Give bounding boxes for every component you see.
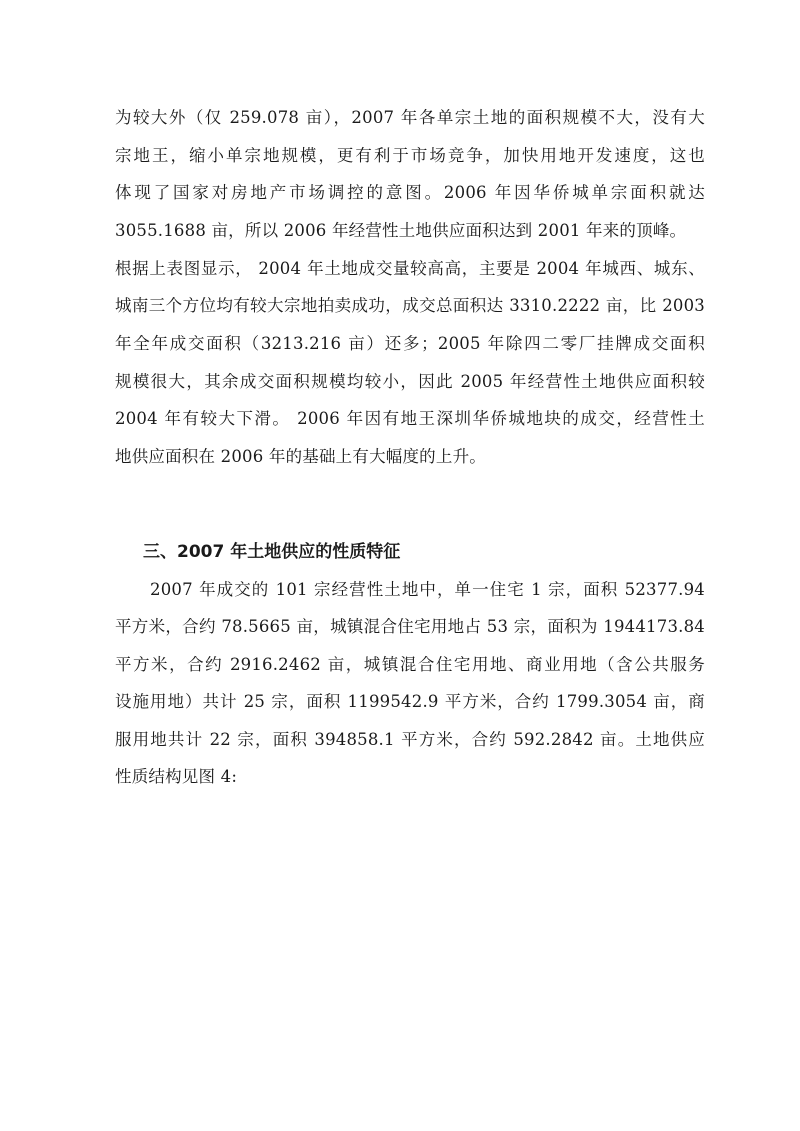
paragraph-1-line: 城南三个方位均有较大宗地拍卖成功，成交总面积达 3310.2222 亩，比 20… xyxy=(115,295,705,317)
paragraph-1-line: 2004 年有较大下滑。 2006 年因有地王深圳华侨城地块的成交，经营性土 xyxy=(115,408,705,430)
paragraph-2-line: 平方米，合约 2916.2462 亩，城镇混合住宅用地、商业用地（含公共服务 xyxy=(115,654,705,676)
paragraph-1-line: 地供应面积在 2006 年的基础上有大幅度的上升。 xyxy=(115,446,705,468)
paragraph-1-line: 体现了国家对房地产市场调控的意图。2006 年因华侨城单宗面积就达 xyxy=(115,182,705,204)
paragraph-1-line: 为较大外（仅 259.078 亩），2007 年各单宗土地的面积规模不大，没有大 xyxy=(115,107,705,129)
paragraph-1-line: 年全年成交面积（3213.216 亩）还多；2005 年除四二零厂挂牌成交面积 xyxy=(115,333,705,355)
paragraph-2-line: 平方米，合约 78.5665 亩，城镇混合住宅用地占 53 宗，面积为 1944… xyxy=(115,616,705,638)
paragraph-2-line: 性质结构见图 4: xyxy=(115,766,705,788)
section-heading: 三、2007 年土地供应的性质特征 xyxy=(143,541,400,563)
paragraph-1-line: 规模很大，其余成交面积规模均较小，因此 2005 年经营性土地供应面积较 xyxy=(115,371,705,393)
paragraph-2-line: 设施用地）共计 25 宗，面积 1199542.9 平方米，合约 1799.30… xyxy=(115,691,705,713)
paragraph-2-line: 服用地共计 22 宗，面积 394858.1 平方米，合约 592.2842 亩… xyxy=(115,729,705,751)
document-page: 为较大外（仅 259.078 亩），2007 年各单宗土地的面积规模不大，没有大… xyxy=(0,0,800,1131)
paragraph-1-line: 根据上表图显示， 2004 年土地成交量较高高，主要是 2004 年城西、城东、 xyxy=(115,258,705,280)
paragraph-1-line: 宗地王，缩小单宗地规模，更有利于市场竞争，加快用地开发速度，这也 xyxy=(115,145,705,167)
paragraph-2-line: 2007 年成交的 101 宗经营性土地中，单一住宅 1 宗，面积 52377.… xyxy=(150,579,705,601)
paragraph-1-line: 3055.1688 亩，所以 2006 年经营性土地供应面积达到 2001 年来… xyxy=(115,220,705,242)
